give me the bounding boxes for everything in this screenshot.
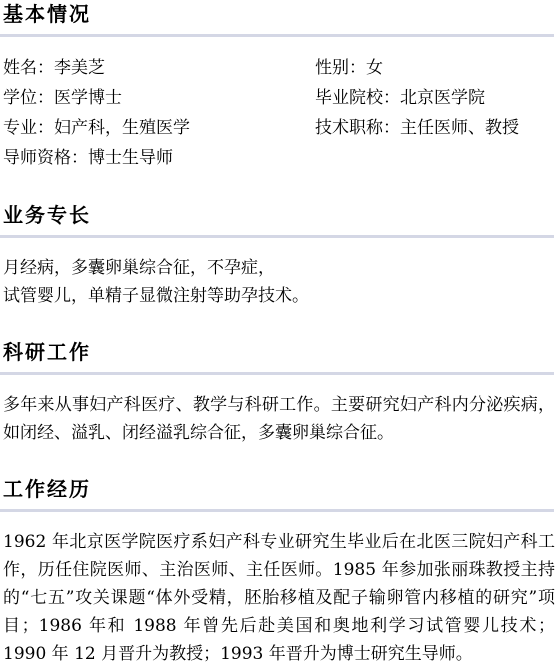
section-title-basic-info: 基本情况 <box>0 4 558 34</box>
profile-page: 基本情况 姓名：李美芝 学位：医学博士 专业：妇产科，生殖医学 导师资格：博士生… <box>0 0 558 668</box>
basic-info-right-column: 性别：女 毕业院校：北京医学院 技术职称：主任医师、教授 <box>315 53 558 173</box>
field-major-value: 妇产科，生殖医学 <box>54 118 190 138</box>
section-divider <box>0 509 554 512</box>
section-experience: 工作经历 1962 年北京医学院医疗系妇产科专业研究生毕业后在北医三院妇产科工作… <box>0 479 558 668</box>
section-title-experience: 工作经历 <box>0 479 558 509</box>
section-basic-info: 基本情况 姓名：李美芝 学位：医学博士 专业：妇产科，生殖医学 导师资格：博士生… <box>0 4 558 173</box>
field-degree-value: 医学博士 <box>54 88 122 108</box>
experience-paragraph: 1962 年北京医学院医疗系妇产科专业研究生毕业后在北医三院妇产科工作，历任住院… <box>0 528 558 668</box>
field-gender-label: 性别： <box>315 58 366 78</box>
field-school-label: 毕业院校： <box>315 88 400 108</box>
expertise-text: 月经病，多囊卵巢综合征，不孕症， 试管婴儿，单精子显微注射等助孕技术。 <box>0 254 558 310</box>
field-major: 专业：妇产科，生殖医学 <box>3 113 315 143</box>
field-mentor-qualification-label: 导师资格： <box>3 148 88 168</box>
basic-info-left-column: 姓名：李美芝 学位：医学博士 专业：妇产科，生殖医学 导师资格：博士生导师 <box>3 53 315 173</box>
field-professional-title-label: 技术职称： <box>315 118 400 138</box>
field-gender: 性别：女 <box>315 53 558 83</box>
field-professional-title: 技术职称：主任医师、教授 <box>315 113 558 143</box>
section-divider <box>0 235 554 238</box>
field-mentor-qualification: 导师资格：博士生导师 <box>3 143 315 173</box>
expertise-line-1: 月经病，多囊卵巢综合征，不孕症， <box>3 254 555 282</box>
section-title-expertise: 业务专长 <box>0 205 558 235</box>
field-mentor-qualification-value: 博士生导师 <box>88 148 173 168</box>
research-paragraph: 多年来从事妇产科医疗、教学与科研工作。主要研究妇产科内分泌疾病，如闭经、溢乳、闭… <box>0 391 558 447</box>
field-major-label: 专业： <box>3 118 54 138</box>
section-title-research: 科研工作 <box>0 342 558 372</box>
field-degree: 学位：医学博士 <box>3 83 315 113</box>
basic-info-fields: 姓名：李美芝 学位：医学博士 专业：妇产科，生殖医学 导师资格：博士生导师 性别… <box>0 53 558 173</box>
field-name: 姓名：李美芝 <box>3 53 315 83</box>
field-school-value: 北京医学院 <box>400 88 485 108</box>
field-professional-title-value: 主任医师、教授 <box>400 118 519 138</box>
field-school: 毕业院校：北京医学院 <box>315 83 558 113</box>
section-research: 科研工作 多年来从事妇产科医疗、教学与科研工作。主要研究妇产科内分泌疾病，如闭经… <box>0 342 558 447</box>
field-gender-value: 女 <box>366 58 383 78</box>
section-divider <box>0 34 554 37</box>
field-name-value: 李美芝 <box>54 58 105 78</box>
section-divider <box>0 372 554 375</box>
section-expertise: 业务专长 月经病，多囊卵巢综合征，不孕症， 试管婴儿，单精子显微注射等助孕技术。 <box>0 205 558 310</box>
field-degree-label: 学位： <box>3 88 54 108</box>
expertise-line-2: 试管婴儿，单精子显微注射等助孕技术。 <box>3 282 555 310</box>
field-name-label: 姓名： <box>3 58 54 78</box>
